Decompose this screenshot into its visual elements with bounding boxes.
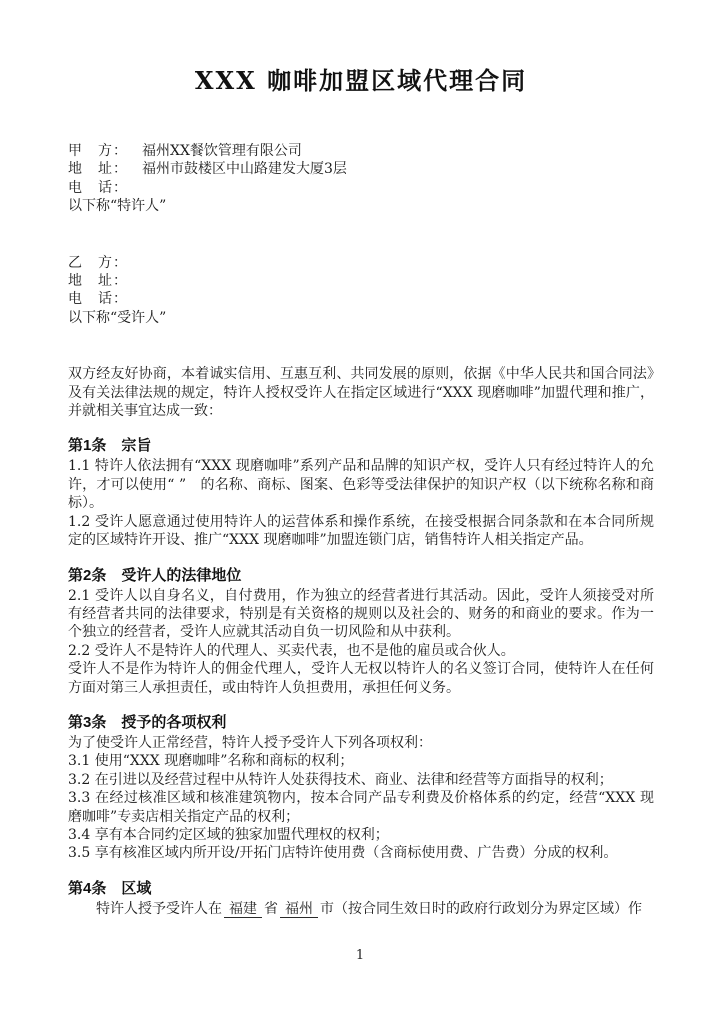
territory-province-fill: 福建 xyxy=(224,901,262,918)
party-a-block: 甲 方：福州XX餐饮管理有限公司 地 址：福州市鼓楼区中山路建发大厦3层 电 话… xyxy=(68,142,654,216)
party-b-address-label: 地 址： xyxy=(68,273,128,289)
clause-2-2: 2.2 受许人不是特许人的代理人、买卖代表，也不是他的雇员或合伙人。 xyxy=(68,642,654,660)
clause-3-1: 3.1 使用“XXX 现磨咖啡”名称和商标的权利； xyxy=(68,752,654,770)
clause-3-3: 3.3 在经过核准区域和核准建筑物内，按本合同产品专利费及价格体系的约定，经营“… xyxy=(68,789,654,826)
page-number: 1 xyxy=(0,947,720,965)
clause-2-2-continued: 受许人不是作为特许人的佣金代理人，受许人无权以特许人的名义签订合同，使特许人在任… xyxy=(68,660,654,697)
party-b-block: 乙 方： 地 址： 电 话： 以下称“受许人” xyxy=(68,254,654,328)
territory-suffix: （按合同生效日时的政府行政划分为界定区域）作 xyxy=(334,901,642,917)
clause-3-5: 3.5 享有核准区域内所开设/开拓门店特许使用费（含商标使用费、广告费）分成的权… xyxy=(68,844,654,862)
party-b-alias: 以下称“受许人” xyxy=(68,309,654,327)
section-1-heading: 第1条 宗旨 xyxy=(68,436,654,456)
section-3-granted-rights: 第3条 授予的各项权利 为了使受许人正常经营，特许人授予受许人下列各项权利： 3… xyxy=(68,713,654,863)
clause-3-2: 3.2 在引进以及经营过程中从特许人处获得技术、商业、法律和经营等方面指导的权利… xyxy=(68,771,654,789)
party-a-address-value: 福州市鼓楼区中山路建发大厦3层 xyxy=(142,161,347,177)
document-title: XXX 咖啡加盟区域代理合同 xyxy=(68,64,654,98)
party-a-name-value: 福州XX餐饮管理有限公司 xyxy=(142,143,302,159)
party-b-name-line: 乙 方： xyxy=(68,254,654,272)
party-b-address-line: 地 址： xyxy=(68,272,654,290)
section-2-heading: 第2条 受许人的法律地位 xyxy=(68,566,654,586)
party-a-phone-label: 电 话： xyxy=(68,180,128,196)
section-4-territory: 第4条 区域 特许人授予受许人在福建省福州市（按合同生效日时的政府行政划分为界定… xyxy=(68,879,654,918)
party-a-phone-line: 电 话： xyxy=(68,179,654,197)
territory-city-fill: 福州 xyxy=(280,901,318,918)
party-a-alias: 以下称“特许人” xyxy=(68,197,654,215)
section-1-purpose: 第1条 宗旨 1.1 特许人依法拥有“XXX 现磨咖啡”系列产品和品牌的知识产权… xyxy=(68,436,654,549)
party-a-name-line: 甲 方：福州XX餐饮管理有限公司 xyxy=(68,142,654,160)
party-b-phone-label: 电 话： xyxy=(68,291,128,307)
clause-2-1: 2.1 受许人以自身名义，自付费用，作为独立的经营者进行其活动。因此，受许人须接… xyxy=(68,587,654,642)
clause-3-4: 3.4 享有本合同约定区域的独家加盟代理权的权利； xyxy=(68,826,654,844)
contract-page: XXX 咖啡加盟区域代理合同 甲 方：福州XX餐饮管理有限公司 地 址：福州市鼓… xyxy=(0,0,720,1017)
section-4-heading: 第4条 区域 xyxy=(68,879,654,899)
territory-prefix: 特许人授予受许人在 xyxy=(96,901,222,917)
section-3-heading: 第3条 授予的各项权利 xyxy=(68,713,654,733)
party-a-address-line: 地 址：福州市鼓楼区中山路建发大厦3层 xyxy=(68,160,654,178)
clause-3-intro: 为了使受许人正常经营，特许人授予受许人下列各项权利： xyxy=(68,734,654,752)
territory-province-suffix: 省 xyxy=(264,901,278,917)
preamble-paragraph: 双方经友好协商，本着诚实信用、互惠互利、共同发展的原则，依据《中华人民共和国合同… xyxy=(68,365,654,420)
clause-1-1: 1.1 特许人依法拥有“XXX 现磨咖啡”系列产品和品牌的知识产权，受许人只有经… xyxy=(68,457,654,512)
section-2-legal-status: 第2条 受许人的法律地位 2.1 受许人以自身名义，自付费用，作为独立的经营者进… xyxy=(68,566,654,697)
party-a-name-label: 甲 方： xyxy=(68,143,128,159)
clause-1-2: 1.2 受许人愿意通过使用特许人的运营体系和操作系统，在接受根据合同条款和在本合… xyxy=(68,513,654,550)
party-a-address-label: 地 址： xyxy=(68,161,128,177)
clause-4-territory-sentence: 特许人授予受许人在福建省福州市（按合同生效日时的政府行政划分为界定区域）作 xyxy=(68,900,654,918)
party-b-name-label: 乙 方： xyxy=(68,255,128,271)
territory-city-suffix: 市 xyxy=(320,901,334,917)
party-b-phone-line: 电 话： xyxy=(68,290,654,308)
